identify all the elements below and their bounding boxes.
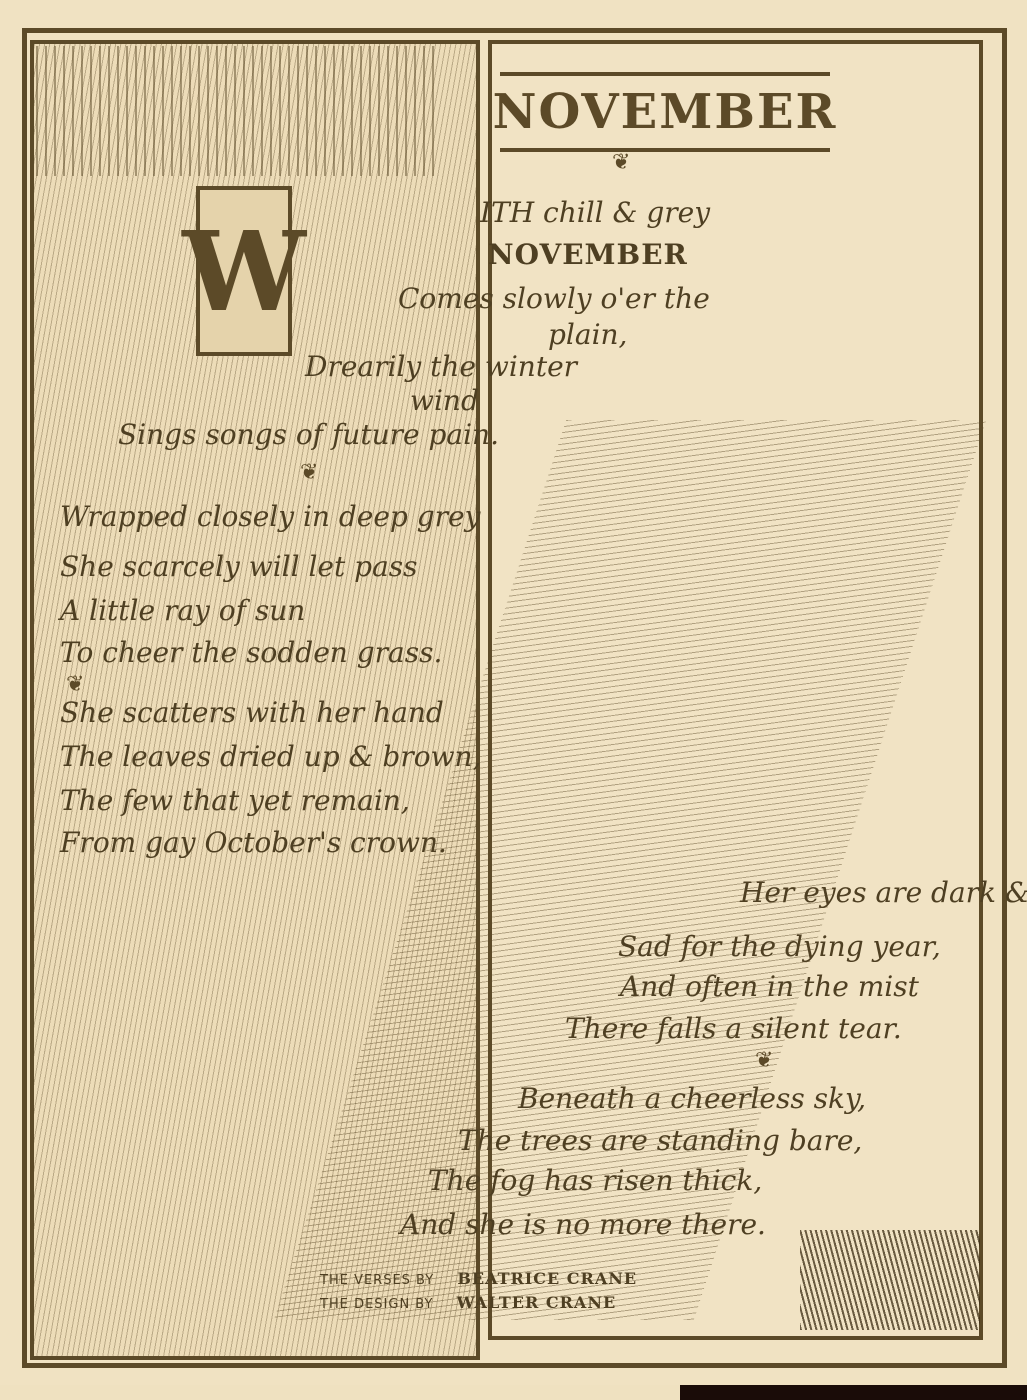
credits: THE VERSES BY BEATRICE CRANE THE DESIGN … (320, 1268, 637, 1316)
poem-line: Beneath a cheerless sky, (518, 1082, 866, 1115)
page-title: NOVEMBER (493, 84, 838, 140)
leaf-ornament-icon: ❦ (612, 150, 630, 175)
poem-line: Sings songs of future pain. (118, 418, 499, 451)
drop-cap: W (182, 207, 306, 336)
poem-line: Wrapped closely in deep grey (60, 500, 480, 533)
poem-line: Her eyes are dark & sad, (740, 876, 1027, 909)
poem-line: The trees are standing bare, (458, 1124, 862, 1157)
title-banner: NOVEMBER (500, 72, 830, 152)
poem-line: NOVEMBER (488, 238, 688, 271)
leaf-ornament-icon: ❦ (66, 672, 84, 697)
design-author: WALTER CRANE (457, 1293, 617, 1312)
poem-line: The fog has risen thick, (428, 1164, 762, 1197)
design-credit: THE DESIGN BY WALTER CRANE (320, 1292, 637, 1316)
poem-line: To cheer the sodden grass. (60, 636, 442, 669)
design-label: THE DESIGN BY (320, 1297, 433, 1312)
poem-line: The few that yet remain, (60, 784, 410, 817)
poem-line: From gay October's crown. (60, 826, 447, 859)
drop-cap-box: W (196, 186, 292, 356)
poem-line: Sad for the dying year, (618, 930, 941, 963)
poem-line: The leaves dried up & brown, (60, 740, 481, 773)
verses-label: THE VERSES BY (320, 1273, 434, 1288)
verses-credit: THE VERSES BY BEATRICE CRANE (320, 1268, 637, 1292)
sky-hatching (36, 46, 436, 176)
poem-line: She scatters with her hand (60, 696, 444, 729)
poem-line: There falls a silent tear. (565, 1012, 902, 1045)
poem-line: A little ray of sun (60, 594, 305, 627)
poem-line: And she is no more there. (400, 1208, 766, 1241)
poem-line: Drearily the winter (305, 350, 577, 383)
poem-line: She scarcely will let pass (60, 550, 418, 583)
dark-edge-strip (680, 1385, 1027, 1400)
poem-line: And often in the mist (620, 970, 919, 1003)
corner-illustration (800, 1230, 980, 1330)
poem-line: plain, (548, 318, 627, 351)
poem-line: Comes slowly o'er the (398, 282, 710, 315)
poem-line: wind (410, 384, 479, 417)
leaf-ornament-icon: ❦ (755, 1048, 773, 1073)
illustrated-page: NOVEMBER ❦ W ITH chill & grey NOVEMBER C… (0, 0, 1027, 1385)
verses-author: BEATRICE CRANE (457, 1269, 637, 1288)
leaf-ornament-icon: ❦ (300, 460, 318, 485)
poem-line: ITH chill & grey (480, 196, 710, 229)
